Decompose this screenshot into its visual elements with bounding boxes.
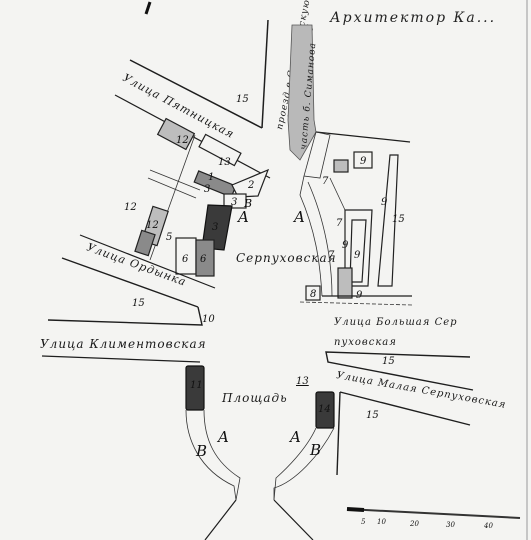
title-handwriting: Архитектор Ка... — [329, 10, 496, 26]
building-number: 6 — [182, 254, 189, 265]
building-number: 9 — [356, 290, 363, 301]
scale-tick: 5 — [361, 518, 366, 526]
building-number: 3 — [204, 184, 210, 195]
letter-a: A — [288, 428, 301, 446]
scale-tick: 30 — [446, 521, 455, 529]
street-label-serpukhovskaya: Серпуховская — [236, 251, 337, 265]
letter-a: A — [236, 208, 249, 226]
building-number: 13 — [218, 157, 231, 168]
scale-tick: 20 — [409, 520, 419, 528]
letter-a: A — [216, 428, 229, 446]
building-number: 14 — [318, 404, 331, 415]
building-number: 9 — [381, 197, 388, 208]
square-right-edge — [337, 392, 340, 475]
street-label-bolshaya-2: пуховская — [334, 337, 397, 348]
lot-number: 7 — [322, 176, 329, 187]
lot-number: 7 — [336, 218, 343, 229]
scale-tick: 10 — [377, 518, 386, 526]
lot-number: 15 — [132, 298, 145, 309]
pen-mark — [146, 2, 150, 14]
lot-number: 15 — [382, 356, 395, 367]
street-label-malaya: Улица Малая Серпуховская — [335, 370, 507, 411]
letter-b: B — [195, 442, 207, 460]
building-number: 6 — [200, 254, 207, 265]
letter-b: B — [309, 441, 321, 459]
building-number: 9 — [360, 156, 367, 167]
street-label-klimentovskaya: Улица Климентовская — [40, 337, 207, 351]
lot-number: 13 — [296, 376, 309, 387]
lot-number: 10 — [202, 314, 215, 325]
building-number: 9 — [342, 240, 349, 251]
building-number: 3 — [231, 197, 237, 208]
building-number: 1 — [208, 172, 214, 183]
klimentovskaya-street-line — [42, 356, 200, 362]
lot-number: 7 — [328, 250, 335, 261]
gate-arcs — [186, 410, 334, 540]
lot-number: 15 — [236, 94, 249, 105]
lot-number: 15 — [392, 214, 405, 225]
building-number: 12 — [176, 135, 189, 146]
letter-a: A — [292, 208, 305, 226]
letter-b: B — [243, 197, 252, 210]
building-number: 2 — [247, 180, 254, 191]
building-number: 9 — [354, 250, 361, 261]
building-number: 3 — [212, 222, 218, 233]
building-number: 8 — [310, 289, 316, 300]
scale-tick: 40 — [483, 522, 493, 530]
map-canvas: Архитектор Ка... Улица Пятницкая 15 прое… — [0, 0, 531, 540]
lot-number: 15 — [366, 410, 379, 421]
historical-map: Архитектор Ка... Улица Пятницкая 15 прое… — [0, 0, 531, 540]
lot-number: 12 — [124, 202, 137, 213]
building-number: 12 — [146, 220, 159, 231]
street-label-bolshaya-1: Улица Большая Сер — [334, 317, 458, 328]
lot-number: 5 — [166, 232, 172, 243]
building-number: 11 — [190, 380, 203, 391]
square-label: Площадь — [221, 391, 288, 405]
scale-bar — [347, 509, 520, 518]
